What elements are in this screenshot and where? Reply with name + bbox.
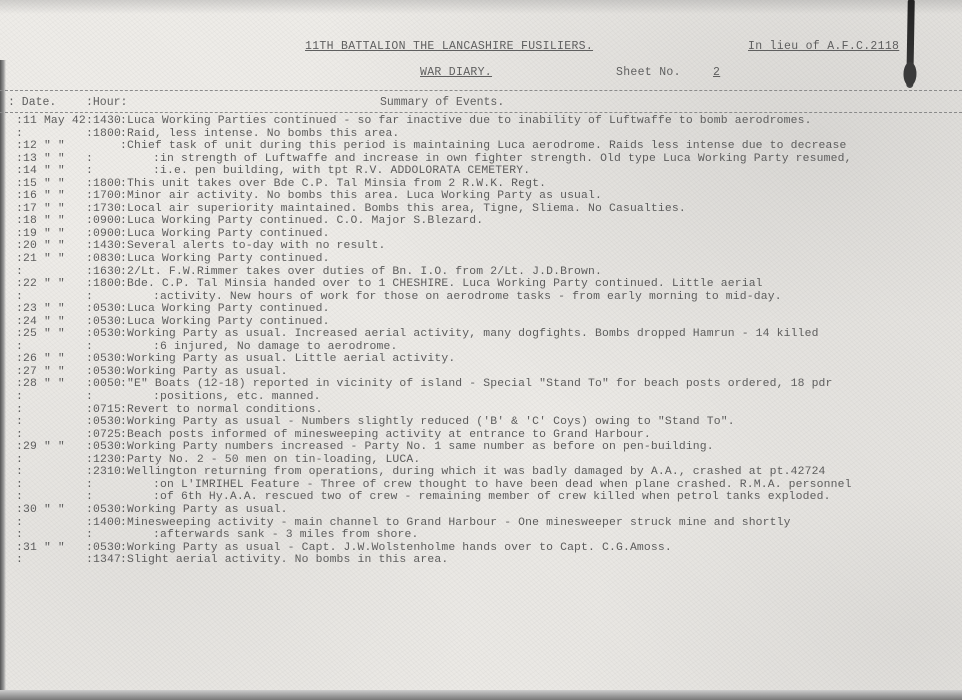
- header-rule-top: [0, 90, 962, 91]
- entry-hour: :0530: [86, 353, 121, 366]
- entry-hour: :1730: [86, 203, 121, 216]
- entry-hour: :: [86, 491, 93, 504]
- entry-hour: :0050: [86, 378, 121, 391]
- entry-date: :28 " ": [16, 378, 65, 391]
- diary-entries: :11 May 42:1430:Luca Working Parties con…: [0, 115, 962, 567]
- entry-date: :: [16, 429, 23, 442]
- entry-date: :25 " ": [16, 328, 65, 341]
- diary-entry: :::on L'IMRIHEL Feature - Three of crew …: [0, 479, 962, 492]
- entry-date: :30 " ": [16, 504, 65, 517]
- entry-hour: :1230: [86, 454, 121, 467]
- entry-hour: :: [86, 341, 93, 354]
- entry-date: :18 " ": [16, 215, 65, 228]
- entry-hour: :1430: [86, 115, 121, 128]
- entry-date: :23 " ": [16, 303, 65, 316]
- entry-date: :: [16, 454, 23, 467]
- diary-entry: :30 " ":0530:Working Party as usual.: [0, 504, 962, 517]
- diary-entry: ::0725:Beach posts informed of minesweep…: [0, 429, 962, 442]
- diary-entry: ::1230:Party No. 2 - 50 men on tin-loadi…: [0, 454, 962, 467]
- entry-hour: :: [86, 165, 93, 178]
- diary-entry: ::2310:Wellington returning from operati…: [0, 466, 962, 479]
- entry-hour: :: [86, 529, 93, 542]
- entry-date: :: [16, 291, 23, 304]
- entry-text: :Several alerts to-day with no result.: [120, 240, 385, 253]
- diary-entry: ::1347:Slight aerial activity. No bombs …: [0, 554, 962, 567]
- entry-hour: :0715: [86, 404, 121, 417]
- entry-hour: :: [86, 479, 93, 492]
- diary-entry: :20 " ":1430:Several alerts to-day with …: [0, 240, 962, 253]
- entry-text: :This unit takes over Bde C.P. Tal Minsi…: [120, 178, 546, 191]
- entry-text: :6 injured, No damage to aerodrome.: [153, 341, 398, 354]
- scan-bottom-edge: [0, 690, 962, 700]
- entry-date: :: [16, 128, 23, 141]
- entry-date: :: [16, 491, 23, 504]
- entry-text: :positions, etc. manned.: [153, 391, 321, 404]
- entry-text: :Local air superiority maintained. Bombs…: [120, 203, 686, 216]
- entry-hour: :0900: [86, 228, 121, 241]
- entry-hour: :0530: [86, 303, 121, 316]
- diary-entry: ::1400:Minesweeping activity - main chan…: [0, 517, 962, 530]
- entry-text: :in strength of Luftwaffe and increase i…: [153, 153, 852, 166]
- diary-entry: :31 " ":0530:Working Party as usual - Ca…: [0, 542, 962, 555]
- entry-hour: :1800: [86, 178, 121, 191]
- diary-entry: :::positions, etc. manned.: [0, 391, 962, 404]
- entry-date: :24 " ": [16, 316, 65, 329]
- entry-hour: :1630: [86, 266, 121, 279]
- entry-date: :11 May 42: [16, 115, 86, 128]
- entry-date: :: [16, 517, 23, 530]
- entry-hour: :0530: [86, 316, 121, 329]
- sheet-number: 2: [713, 66, 720, 79]
- entry-date: :31 " ": [16, 542, 65, 555]
- entry-date: :17 " ": [16, 203, 65, 216]
- header-rule-bottom: [0, 112, 962, 113]
- entry-text: :of 6th Hy.A.A. rescued two of crew - re…: [153, 491, 831, 504]
- entry-hour: :: [86, 153, 93, 166]
- entry-date: :: [16, 341, 23, 354]
- column-header-hour: :Hour:: [86, 96, 127, 109]
- entry-text: :Working Party as usual.: [120, 366, 288, 379]
- entry-hour: :1700: [86, 190, 121, 203]
- entry-hour: :0530: [86, 366, 121, 379]
- entry-text: :Chief task of unit during this period i…: [120, 140, 847, 153]
- diary-entry: :21 " ":0830:Luca Working Party continue…: [0, 253, 962, 266]
- diary-entry: :::afterwards sank - 3 miles from shore.: [0, 529, 962, 542]
- entry-text: :Luca Working Party continued.: [120, 253, 330, 266]
- entry-date: :16 " ": [16, 190, 65, 203]
- entry-text: :on L'IMRIHEL Feature - Three of crew th…: [153, 479, 852, 492]
- entry-text: :Wellington returning from operations, d…: [120, 466, 826, 479]
- entry-text: :Slight aerial activity. No bombs in thi…: [120, 554, 448, 567]
- diary-entry: :28 " ":0050:"E" Boats (12-18) reported …: [0, 378, 962, 391]
- entry-date: :: [16, 391, 23, 404]
- diary-entry: ::1800:Raid, less intense. No bombs this…: [0, 128, 962, 141]
- entry-hour: :0830: [86, 253, 121, 266]
- entry-hour: :0725: [86, 429, 121, 442]
- scan-top-edge: [0, 0, 962, 14]
- entry-date: :26 " ": [16, 353, 65, 366]
- diary-entry: :19 " ":0900:Luca Working Party continue…: [0, 228, 962, 241]
- entry-text: :Working Party numbers increased - Party…: [120, 441, 714, 454]
- entry-text: :Working Party as usual. Increased aeria…: [120, 328, 819, 341]
- entry-date: :: [16, 266, 23, 279]
- entry-text: :afterwards sank - 3 miles from shore.: [153, 529, 418, 542]
- entry-hour: :0530: [86, 416, 121, 429]
- diary-entry: :17 " ":1730:Local air superiority maint…: [0, 203, 962, 216]
- entry-date: :29 " ": [16, 441, 65, 454]
- diary-entry: :11 May 42:1430:Luca Working Parties con…: [0, 115, 962, 128]
- entry-hour: :1430: [86, 240, 121, 253]
- column-header-date: : Date.: [8, 96, 56, 109]
- diary-entry: :16 " ":1700:Minor air activity. No bomb…: [0, 190, 962, 203]
- entry-text: :Working Party as usual - Numbers slight…: [120, 416, 735, 429]
- diary-entry: :::of 6th Hy.A.A. rescued two of crew - …: [0, 491, 962, 504]
- diary-entry: :26 " ":0530:Working Party as usual. Lit…: [0, 353, 962, 366]
- entry-hour: :0530: [86, 542, 121, 555]
- entry-text: :Luca Working Party continued.: [120, 228, 330, 241]
- diary-entry: :::6 injured, No damage to aerodrome.: [0, 341, 962, 354]
- entry-date: :20 " ": [16, 240, 65, 253]
- entry-hour: :1347: [86, 554, 121, 567]
- entry-text: :Beach posts informed of minesweeping ac…: [120, 429, 651, 442]
- entry-text: :Bde. C.P. Tal Minsia handed over to 1 C…: [120, 278, 763, 291]
- entry-hour: :2310: [86, 466, 121, 479]
- diary-entry: :::activity. New hours of work for those…: [0, 291, 962, 304]
- entry-text: :Minor air activity. No bombs this area.…: [120, 190, 602, 203]
- entry-date: :15 " ": [16, 178, 65, 191]
- entry-text: :"E" Boats (12-18) reported in vicinity …: [120, 378, 833, 391]
- diary-entry: :18 " ":0900:Luca Working Party continue…: [0, 215, 962, 228]
- entry-hour: :1800: [86, 128, 121, 141]
- entry-text: :Luca Working Party continued. C.O. Majo…: [120, 215, 483, 228]
- entry-hour: :0530: [86, 328, 121, 341]
- entry-text: :Working Party as usual. Little aerial a…: [120, 353, 455, 366]
- entry-hour: :: [86, 291, 93, 304]
- entry-date: :: [16, 404, 23, 417]
- form-reference: In lieu of A.F.C.2118: [748, 40, 899, 53]
- entry-date: :: [16, 479, 23, 492]
- entry-hour: :0900: [86, 215, 121, 228]
- diary-entry: :23 " ":0530:Luca Working Party continue…: [0, 303, 962, 316]
- diary-entry: :15 " ":1800:This unit takes over Bde C.…: [0, 178, 962, 191]
- diary-entry: :14 " "::i.e. pen building, with tpt R.V…: [0, 165, 962, 178]
- diary-entry: :25 " ":0530:Working Party as usual. Inc…: [0, 328, 962, 341]
- entry-hour: :1400: [86, 517, 121, 530]
- column-header-summary: Summary of Events.: [380, 96, 504, 109]
- entry-date: :19 " ": [16, 228, 65, 241]
- ink-mark: [906, 0, 915, 88]
- entry-text: :Revert to normal conditions.: [120, 404, 323, 417]
- entry-date: :: [16, 416, 23, 429]
- entry-hour: :0530: [86, 441, 121, 454]
- entry-date: :14 " ": [16, 165, 65, 178]
- diary-entry: ::0715:Revert to normal conditions.: [0, 404, 962, 417]
- entry-hour: :0530: [86, 504, 121, 517]
- entry-hour: :: [86, 391, 93, 404]
- entry-text: :Party No. 2 - 50 men on tin-loading, LU…: [120, 454, 420, 467]
- entry-text: :Working Party as usual.: [120, 504, 288, 517]
- entry-date: :: [16, 529, 23, 542]
- entry-text: :2/Lt. F.W.Rimmer takes over duties of B…: [120, 266, 602, 279]
- entry-text: :activity. New hours of work for those o…: [153, 291, 782, 304]
- diary-entry: ::1630:2/Lt. F.W.Rimmer takes over dutie…: [0, 266, 962, 279]
- diary-entry: :12 " ":Chief task of unit during this p…: [0, 140, 962, 153]
- entry-text: :Minesweeping activity - main channel to…: [120, 517, 791, 530]
- diary-entry: :22 " ":1800:Bde. C.P. Tal Minsia handed…: [0, 278, 962, 291]
- entry-date: :: [16, 466, 23, 479]
- diary-entry: ::0530:Working Party as usual - Numbers …: [0, 416, 962, 429]
- entry-date: :: [16, 554, 23, 567]
- diary-entry: :13 " "::in strength of Luftwaffe and in…: [0, 153, 962, 166]
- entry-text: :Raid, less intense. No bombs this area.: [120, 128, 399, 141]
- entry-date: :22 " ": [16, 278, 65, 291]
- entry-hour: :1800: [86, 278, 121, 291]
- entry-date: :27 " ": [16, 366, 65, 379]
- entry-date: :13 " ": [16, 153, 65, 166]
- entry-text: :Luca Working Party continued.: [120, 303, 330, 316]
- entry-text: :Luca Working Parties continued - so far…: [120, 115, 812, 128]
- war-diary-label: WAR DIARY.: [420, 66, 492, 79]
- diary-entry: :24 " ":0530:Luca Working Party continue…: [0, 316, 962, 329]
- document-title: 11TH BATTALION THE LANCASHIRE FUSILIERS.: [305, 40, 593, 53]
- sheet-label: Sheet No.: [616, 66, 681, 79]
- entry-text: :Luca Working Party continued.: [120, 316, 330, 329]
- entry-date: :21 " ": [16, 253, 65, 266]
- diary-entry: :29 " ":0530:Working Party numbers incre…: [0, 441, 962, 454]
- entry-text: :i.e. pen building, with tpt R.V. ADDOLO…: [153, 165, 530, 178]
- entry-text: :Working Party as usual - Capt. J.W.Wols…: [120, 542, 672, 555]
- diary-entry: :27 " ":0530:Working Party as usual.: [0, 366, 962, 379]
- entry-date: :12 " ": [16, 140, 65, 153]
